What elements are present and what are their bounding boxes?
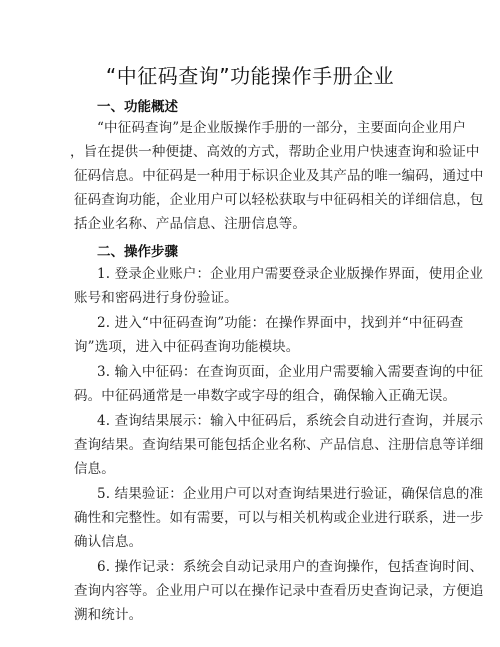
document-page: “中征码查询”功能操作手册企业 一、功能概述 “中征码查询”是企业版操作手册的一… — [0, 0, 500, 647]
step-1-line: 账号和密码进行身份验证。 — [74, 289, 238, 307]
document-title: “中征码查询”功能操作手册企业 — [0, 60, 500, 89]
step-2-line: 询”选项，进入中征码查询功能模块。 — [74, 338, 299, 356]
paragraph-line: 征码信息。中征码是一种用于标识企业及其产品的唯一编码，通过中 — [74, 167, 484, 185]
step-4-line: 信息。 — [74, 460, 115, 478]
section-heading-overview: 一、功能概述 — [97, 95, 178, 115]
step-6-line: 溯和统计。 — [74, 606, 142, 624]
step-5-line: 5. 结果验证：企业用户可以对查询结果进行验证，确保信息的准 — [97, 485, 483, 503]
step-6-line: 查询内容等。企业用户可以在操作记录中查看历史查询记录，方便追 — [74, 582, 484, 600]
step-2-line: 2. 进入“中征码查询”功能：在操作界面中，找到并“中征码查 — [97, 314, 463, 332]
step-5-line: 确性和完整性。如有需要，可以与相关机构或企业进行联系，进一步 — [74, 509, 484, 527]
step-6-line: 6. 操作记录：系统会自动记录用户的查询操作，包括查询时间、 — [97, 558, 483, 576]
section-heading-steps: 二、操作步骤 — [97, 240, 178, 260]
step-1-line: 1. 登录企业账户：企业用户需要登录企业版操作界面，使用企业 — [97, 265, 483, 283]
step-3-line: 3. 输入中征码：在查询页面，企业用户需要输入需要查询的中征 — [97, 363, 483, 381]
step-4-line: 4. 查询结果展示：输入中征码后，系统会自动进行查询，并展示 — [97, 412, 483, 430]
paragraph-line: 征码查询功能，企业用户可以轻松获取与中征码相关的详细信息，包 — [74, 191, 484, 209]
paragraph-line: “中征码查询”是企业版操作手册的一部分，主要面向企业用户 — [97, 119, 466, 137]
paragraph-line: 括企业名称、产品信息、注册信息等。 — [74, 215, 306, 233]
paragraph-line: ，旨在提供一种便捷、高效的方式，帮助企业用户快速查询和验证中 — [70, 143, 480, 161]
step-5-line: 确认信息。 — [74, 533, 142, 551]
step-3-line: 码。中征码通常是一串数字或字母的组合，确保输入正确无误。 — [74, 387, 456, 405]
step-4-line: 查询结果。查询结果可能包括企业名称、产品信息、注册信息等详细 — [74, 436, 484, 454]
